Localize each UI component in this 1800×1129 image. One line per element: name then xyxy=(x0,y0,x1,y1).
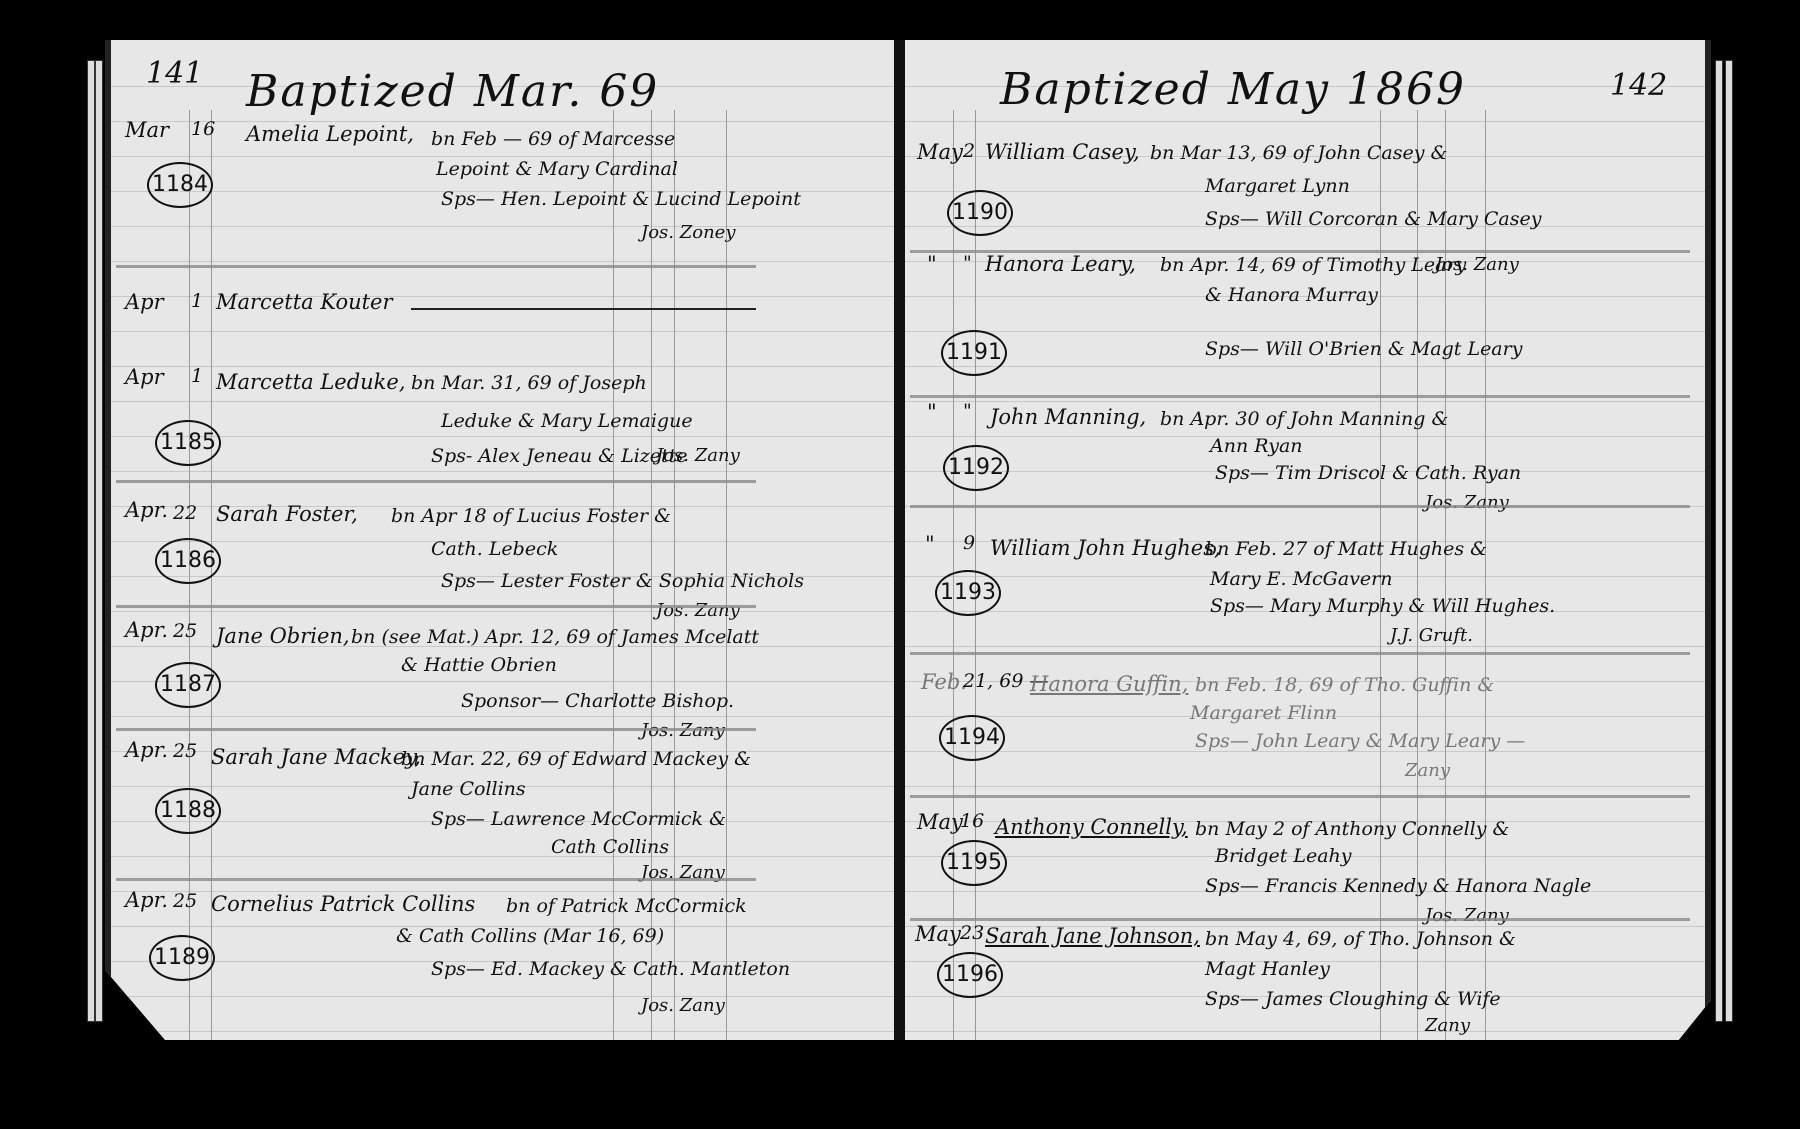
priest-signature: Jos. Zany xyxy=(656,445,740,466)
entry-day: 25 xyxy=(173,620,197,642)
sponsors-line: Sps— Tim Driscol & Cath. Ryan xyxy=(1215,462,1521,484)
entry-line: Lepoint & Mary Cardinal xyxy=(436,158,678,180)
entry-day: 25 xyxy=(173,890,197,912)
entry-month: May xyxy=(917,810,963,834)
page-edge xyxy=(1725,60,1733,1022)
entry-line: bn Apr 18 of Lucius Foster & xyxy=(391,505,671,527)
register-number: 1189 xyxy=(149,935,215,981)
entry-month: Apr xyxy=(125,365,164,389)
sponsors-line: Sps— Hen. Lepoint & Lucind Lepoint xyxy=(441,188,801,210)
entry-separator xyxy=(116,605,756,608)
entry-month: " xyxy=(925,532,935,556)
page-number: 141 xyxy=(146,56,203,91)
page-heading: Baptized Mar. 69 xyxy=(246,66,659,117)
child-name: Sarah Jane Johnson, xyxy=(985,924,1200,948)
entry-line: Margaret Lynn xyxy=(1205,175,1350,197)
priest-signature: Zany xyxy=(1425,1015,1470,1036)
sponsors-line: Sps— Lester Foster & Sophia Nichols xyxy=(441,570,804,592)
child-name: Cornelius Patrick Collins xyxy=(211,892,475,916)
sponsors-line: Sponsor— Charlotte Bishop. xyxy=(461,690,734,712)
entry-day: 9 xyxy=(963,532,975,554)
entry-line: bn Apr. 14, 69 of Timothy Leary xyxy=(1160,254,1466,276)
entry-line: bn May 4, 69, of Tho. Johnson & xyxy=(1205,928,1516,950)
book-gutter xyxy=(894,40,906,1040)
entry-separator xyxy=(910,395,1690,398)
entry-line: Ann Ryan xyxy=(1210,435,1303,457)
priest-signature: Zany xyxy=(1405,760,1450,781)
entry-month: " xyxy=(927,400,937,424)
entry-day: 2 xyxy=(963,140,975,162)
entry-day: 16 xyxy=(191,118,215,140)
child-name: Marcetta Kouter xyxy=(216,290,393,314)
entry-month: Feb. xyxy=(921,670,967,694)
entry-month: " xyxy=(927,252,937,276)
priest-signature: Jos. Zany xyxy=(656,600,740,621)
entry-day: 22 xyxy=(173,502,197,524)
strike-line xyxy=(411,308,756,310)
entry-month: Apr. xyxy=(125,888,168,912)
sponsors-line: Sps— Ed. Mackey & Cath. Mantleton xyxy=(431,958,790,980)
entry-line: Leduke & Mary Lemaigue xyxy=(441,410,693,432)
entry-line: & Cath Collins (Mar 16, 69) xyxy=(396,925,664,947)
entry-line: Magt Hanley xyxy=(1205,958,1330,980)
entry-separator xyxy=(116,728,756,731)
right-page: Baptized May 1869 142 May 2 1190 William… xyxy=(905,40,1711,1040)
entry-line: & Hattie Obrien xyxy=(401,654,557,676)
entry-line: bn Feb. 18, 69 of Tho. Guffin & xyxy=(1195,674,1494,696)
register-book: 141 Baptized Mar. 69 Mar 16 1184 Amelia … xyxy=(105,40,1725,1040)
entry-day: " xyxy=(963,252,972,274)
child-name: Hanora Guffin, xyxy=(1030,672,1188,696)
child-name: Amelia Lepoint, xyxy=(246,122,414,146)
child-name: Sarah Jane Mackey, xyxy=(211,745,421,769)
priest-signature: J.J. Gruft. xyxy=(1390,625,1473,646)
entry-line: Jane Collins xyxy=(411,778,526,800)
sponsors-line: Sps— Francis Kennedy & Hanora Nagle xyxy=(1205,875,1591,897)
child-name: Hanora Leary, xyxy=(985,252,1136,276)
page-number: 142 xyxy=(1610,68,1667,103)
register-number: 1186 xyxy=(155,538,221,584)
entry-day: 25 xyxy=(173,740,197,762)
entry-month: Apr. xyxy=(125,498,168,522)
entry-line: Margaret Flinn xyxy=(1190,702,1337,724)
entry-month: May xyxy=(915,922,961,946)
entry-line: bn Mar 13, 69 of John Casey & xyxy=(1150,142,1447,164)
sponsors-line: Sps— James Cloughing & Wife xyxy=(1205,988,1501,1010)
child-name: Anthony Connelly, xyxy=(995,815,1188,839)
entry-separator xyxy=(910,505,1690,508)
sponsors-line: Sps— Lawrence McCormick & xyxy=(431,808,726,830)
child-name: Sarah Foster, xyxy=(216,502,358,526)
register-number: 1190 xyxy=(947,190,1013,236)
priest-signature: Jos. Zany xyxy=(1435,254,1519,275)
entry-month: Apr. xyxy=(125,738,168,762)
entry-day: 23 xyxy=(960,922,984,944)
entry-day: " xyxy=(963,400,972,422)
register-number: 1184 xyxy=(147,162,213,208)
entry-separator xyxy=(116,480,756,483)
sponsors-line: Cath Collins xyxy=(551,836,669,858)
entry-separator xyxy=(910,652,1690,655)
page-edge xyxy=(87,60,95,1022)
entry-separator xyxy=(910,795,1690,798)
entry-line: bn (see Mat.) Apr. 12, 69 of James Mcela… xyxy=(351,626,759,648)
entry-line: bn Feb. 27 of Matt Hughes & xyxy=(1205,538,1487,560)
entry-month: Mar xyxy=(125,118,169,142)
page-edge xyxy=(1715,60,1723,1022)
entry-line: Bridget Leahy xyxy=(1215,845,1352,867)
entry-line: bn Feb — 69 of Marcesse xyxy=(431,128,675,150)
register-number: 1196 xyxy=(937,952,1003,998)
child-name: William Casey, xyxy=(985,140,1140,164)
entry-day: 1 xyxy=(191,290,203,312)
register-number: 1195 xyxy=(941,840,1007,886)
entry-month: May xyxy=(917,140,963,164)
entry-separator xyxy=(910,918,1690,921)
child-name: Marcetta Leduke, xyxy=(216,370,406,394)
entry-line: Cath. Lebeck xyxy=(431,538,558,560)
entry-month: Apr. xyxy=(125,618,168,642)
register-number: 1193 xyxy=(935,570,1001,616)
entry-line: bn May 2 of Anthony Connelly & xyxy=(1195,818,1509,840)
register-number: 1192 xyxy=(943,445,1009,491)
priest-signature: Jos. Zany xyxy=(1425,905,1509,926)
child-name: John Manning, xyxy=(990,405,1146,429)
entry-separator xyxy=(116,265,756,268)
entry-day: 1 xyxy=(191,365,203,387)
register-number: 1188 xyxy=(155,788,221,834)
sponsors-line: Sps— John Leary & Mary Leary — xyxy=(1195,730,1525,752)
priest-signature: Jos. Zany xyxy=(1425,492,1509,513)
sponsors-line: Sps- Alex Jeneau & Lizette xyxy=(431,445,688,467)
page-edge xyxy=(95,60,103,1022)
sponsors-line: Sps— Will Corcoran & Mary Casey xyxy=(1205,208,1541,230)
priest-signature: Jos. Zany xyxy=(641,995,725,1016)
left-page: 141 Baptized Mar. 69 Mar 16 1184 Amelia … xyxy=(105,40,901,1040)
sponsors-line: Sps— Mary Murphy & Will Hughes. xyxy=(1210,595,1555,617)
entry-line: bn Mar. 22, 69 of Edward Mackey & xyxy=(401,748,751,770)
entry-month: Apr xyxy=(125,290,164,314)
register-number: 1185 xyxy=(155,420,221,466)
register-number: 1191 xyxy=(941,330,1007,376)
child-name: William John Hughes, xyxy=(990,536,1221,560)
page-heading: Baptized May 1869 xyxy=(1000,64,1466,115)
entry-line: bn Apr. 30 of John Manning & xyxy=(1160,408,1448,430)
entry-line: & Hanora Murray xyxy=(1205,284,1378,306)
sponsors-line: Sps— Will O'Brien & Magt Leary xyxy=(1205,338,1522,360)
register-number: 1187 xyxy=(155,662,221,708)
entry-separator xyxy=(116,878,756,881)
entry-line: bn Mar. 31, 69 of Joseph xyxy=(411,372,647,394)
register-number: 1194 xyxy=(939,715,1005,761)
priest-signature: Jos. Zoney xyxy=(641,222,736,243)
entry-day: 16 xyxy=(960,810,984,832)
entry-line: bn of Patrick McCormick xyxy=(506,895,747,917)
entry-line: Mary E. McGavern xyxy=(1210,568,1393,590)
child-name: Jane Obrien, xyxy=(216,624,350,648)
